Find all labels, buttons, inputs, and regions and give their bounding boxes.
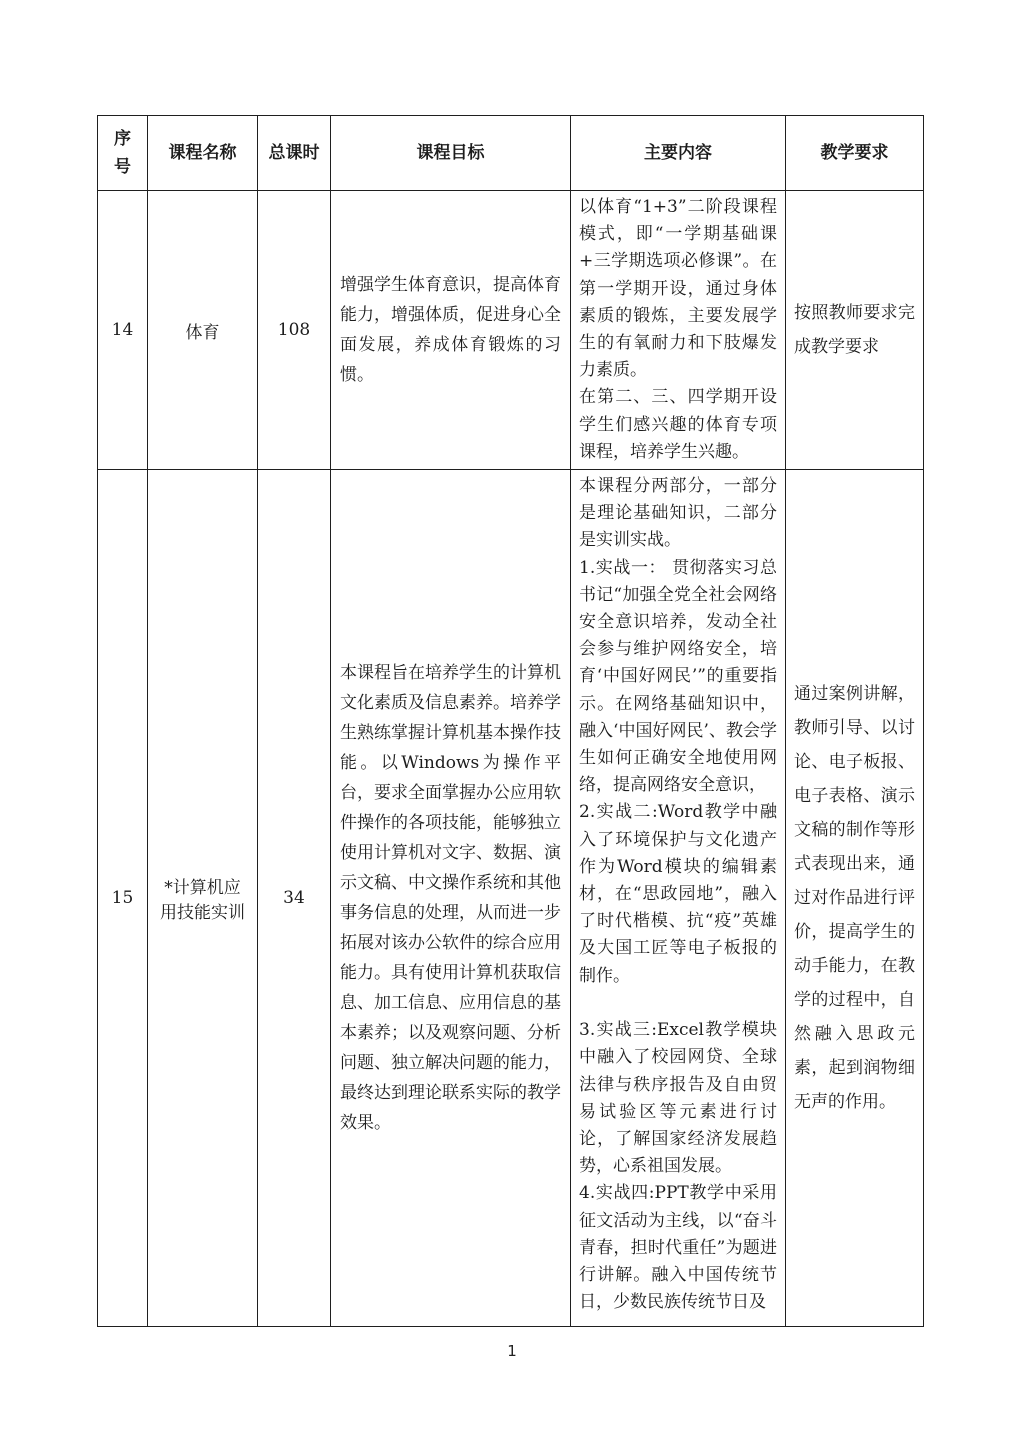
objectives-cell: 增强学生体育意识，提高体育能力，增强体质，促进身心全面发展，养成体育锻炼的习惯。 bbox=[331, 191, 571, 470]
page-number: 1 bbox=[0, 1342, 1024, 1360]
course-table: 序号 课程名称 总课时 课程目标 主要内容 教学要求 14 体育 108 增强学… bbox=[97, 115, 924, 1327]
header-cell-course-name: 课程名称 bbox=[148, 116, 258, 191]
course-name-cell: 体育 bbox=[148, 191, 258, 470]
serial-cell: 14 bbox=[98, 191, 148, 470]
table-header-row: 序号 课程名称 总课时 课程目标 主要内容 教学要求 bbox=[98, 116, 924, 191]
course-row-14: 14 体育 108 增强学生体育意识，提高体育能力，增强体质，促进身心全面发展，… bbox=[98, 191, 924, 470]
header-cell-main-content: 主要内容 bbox=[571, 116, 786, 191]
course-name-cell: *计算机应用技能实训 bbox=[148, 470, 258, 1327]
hours-cell: 108 bbox=[258, 191, 331, 470]
requirements-cell: 通过案例讲解，教师引导、以讨论、电子板报、电子表格、演示文稿的制作等形式表现出来… bbox=[786, 470, 924, 1327]
objectives-cell: 本课程旨在培养学生的计算机文化素质及信息素养。培养学生熟练掌握计算机基本操作技能… bbox=[331, 470, 571, 1327]
course-row-15: 15 *计算机应用技能实训 34 本课程旨在培养学生的计算机文化素质及信息素养。… bbox=[98, 470, 924, 1327]
header-cell-total-hours: 总课时 bbox=[258, 116, 331, 191]
main-content-cell: 本课程分两部分，一部分是理论基础知识，二部分是实训实战。 1.实战一： 贯彻落实… bbox=[571, 470, 786, 1327]
requirements-cell: 按照教师要求完成教学要求 bbox=[786, 191, 924, 470]
document-page: 序号 课程名称 总课时 课程目标 主要内容 教学要求 14 体育 108 增强学… bbox=[0, 0, 1024, 1448]
serial-cell: 15 bbox=[98, 470, 148, 1327]
header-cell-objectives: 课程目标 bbox=[331, 116, 571, 191]
hours-cell: 34 bbox=[258, 470, 331, 1327]
header-cell-requirements: 教学要求 bbox=[786, 116, 924, 191]
main-content-cell: 以体育“1+3”二阶段课程模式，即“一学期基础课+三学期选项必修课”。在第一学期… bbox=[571, 191, 786, 470]
header-cell-serial: 序号 bbox=[98, 116, 148, 191]
